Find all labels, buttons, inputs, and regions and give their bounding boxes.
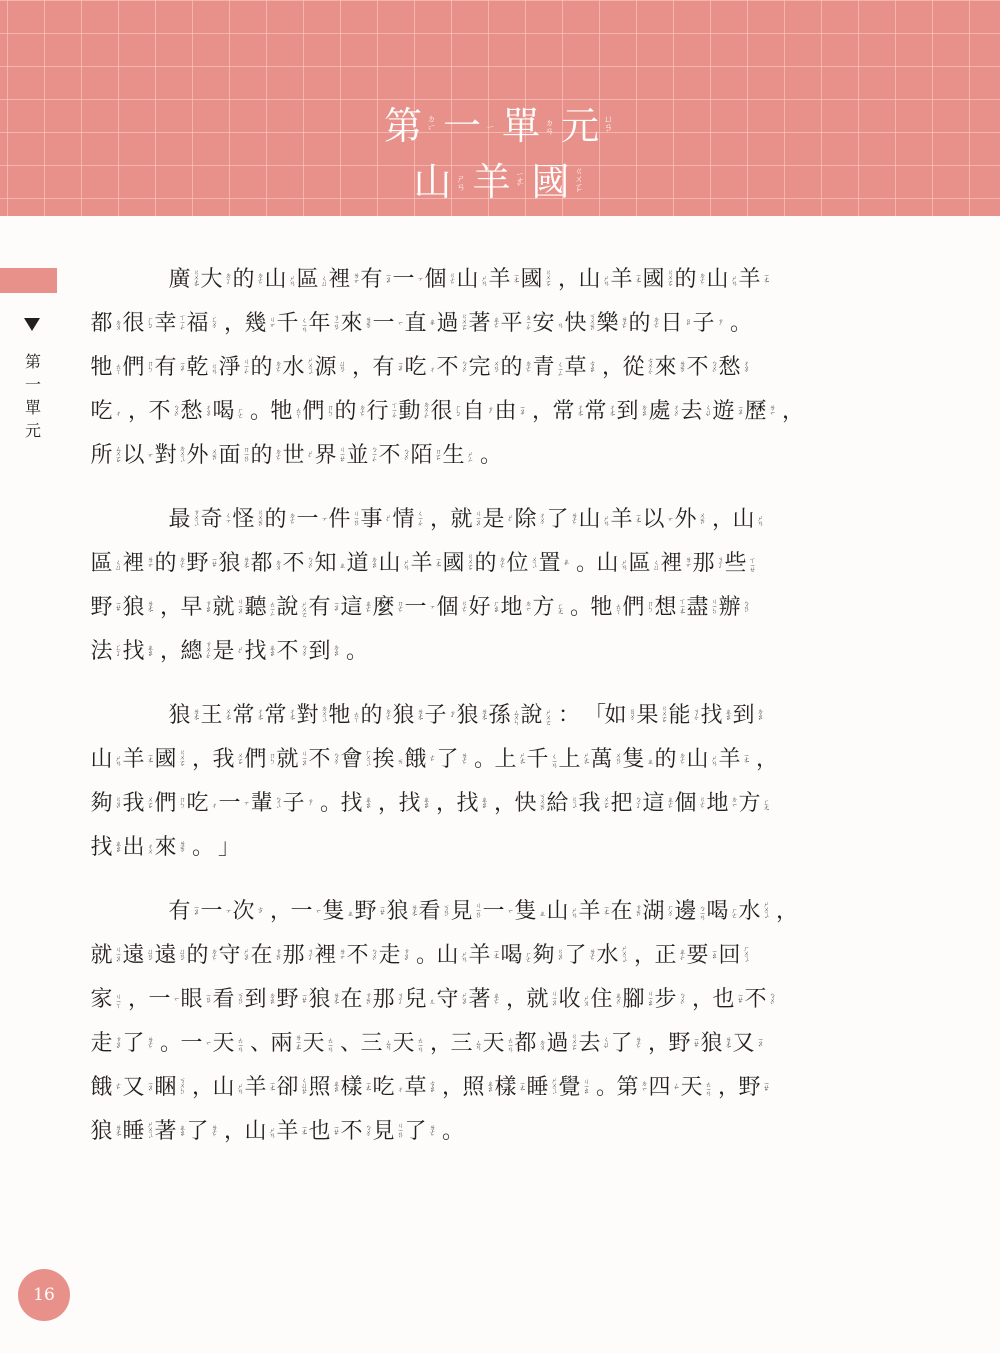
zhuyin-annotation: ㄖㄨˊ — [627, 708, 635, 725]
zhuyin-annotation: ㄓㄨˋ — [613, 992, 621, 1009]
character-with-zhuyin: 找ㄓㄠˇ — [398, 789, 430, 819]
zhuyin-annotation: ㄓㄠˇ — [479, 796, 487, 813]
character-with-zhuyin: 遠ㄩㄢˇ — [122, 941, 154, 971]
punctuation: 。 — [154, 1029, 180, 1059]
character-with-zhuyin: 區ㄑㄩ — [296, 265, 328, 295]
character-with-zhuyin: 又ㄧㄡˋ — [732, 1029, 764, 1059]
paragraph: 狼ㄌㄤˊ王ㄨㄤˊ常ㄔㄤˊ常ㄔㄤˊ對ㄉㄨㄟˋ牠ㄊㄚ的ㄉㄜ˙狼ㄌㄤˊ子ㄗˇ狼ㄌㄤˊ孫… — [90, 694, 890, 870]
zhuyin-annotation: ㄌㄜ˙ — [209, 1124, 217, 1141]
hanzi: 遠 — [154, 941, 177, 971]
hanzi: ， — [526, 397, 552, 427]
hanzi: 青 — [532, 353, 555, 383]
punctuation: ， — [430, 789, 456, 819]
hanzi: 水 — [738, 897, 761, 927]
zhuyin-annotation: ㄌㄤˊ — [479, 708, 487, 725]
zhuyin-annotation: ㄋㄧㄢˊ — [331, 314, 339, 334]
zhuyin-annotation: ㄧㄡˇ — [395, 360, 403, 375]
hanzi: 知 — [314, 549, 337, 579]
zhuyin-annotation: ㄓㄠˇ — [421, 796, 429, 813]
zhuyin-annotation: ㄅㄟˋ — [273, 796, 281, 813]
zhuyin-annotation: ㄊㄧㄥ — [267, 601, 275, 615]
zhuyin-annotation: ㄉㄜ˙ — [677, 752, 685, 769]
character-with-zhuyin: 的ㄉㄜ˙ — [264, 505, 296, 535]
zhuyin-annotation: ㄉㄡ — [273, 559, 281, 569]
zhuyin-annotation: ㄧㄤˋ — [363, 1080, 371, 1095]
zhuyin-annotation: ㄓㄥˋ — [677, 948, 685, 965]
hanzi: 國 — [154, 745, 177, 775]
zhuyin-annotation: ㄗ˙ — [715, 318, 723, 330]
character-with-zhuyin: 邊ㄅㄧㄢ — [674, 897, 706, 927]
zhuyin-annotation: ㄨㄛˇ — [235, 752, 243, 769]
hanzi: 羊 — [468, 941, 491, 971]
hanzi: 那 — [692, 549, 715, 579]
zhuyin-annotation: ㄇㄣ˙ — [267, 752, 275, 769]
hanzi: 孫 — [488, 701, 511, 731]
character-with-zhuyin: 的ㄉㄜ˙ — [500, 353, 532, 383]
zhuyin-annotation: ㄍㄨㄛˊ — [543, 269, 551, 291]
hanzi: 吃 — [90, 397, 113, 427]
zhuyin-annotation: ㄑㄧㄥˊ — [415, 510, 423, 530]
character-with-zhuyin: 對ㄉㄨㄟˋ — [296, 701, 328, 731]
hanzi: 面 — [218, 441, 241, 471]
zhuyin-annotation: ㄕㄡˇ — [459, 992, 467, 1009]
character-with-zhuyin: 盡ㄐㄧㄣˋ — [686, 593, 718, 623]
zhuyin-annotation: ㄧㄤˊ — [633, 272, 641, 287]
hanzi: 子 — [424, 701, 447, 731]
character-with-zhuyin: 一ㄧˊ — [200, 897, 232, 927]
character-with-zhuyin: 挨ㄞ — [372, 745, 404, 775]
hanzi: 會 — [340, 745, 363, 775]
character-with-zhuyin: 山ㄕㄢ — [244, 1117, 276, 1147]
text-line: 廣ㄍㄨㄤˇ大ㄉㄚˋ的ㄉㄜ˙山ㄕㄢ區ㄑㄩ裡ㄌㄧˇ有ㄧㄡˇ一ㄧˊ個ㄍㄜ˙山ㄕㄢ羊ㄧㄤ… — [90, 258, 890, 302]
character-with-zhuyin: 界ㄐㄧㄝˋ — [314, 441, 346, 471]
zhuyin-annotation: ㄩㄢˊ — [337, 360, 345, 377]
paragraph: 最ㄗㄨㄟˋ奇ㄑㄧˊ怪ㄍㄨㄞˋ的ㄉㄜ˙一ㄧˊ件ㄐㄧㄢˋ事ㄕˋ情ㄑㄧㄥˊ，就ㄐㄧㄡˋ… — [90, 498, 890, 674]
hanzi: 淨 — [218, 353, 241, 383]
character-with-zhuyin: 面ㄇㄧㄢˋ — [218, 441, 250, 471]
character-with-zhuyin: 去ㄑㄩˋ — [578, 1029, 610, 1059]
character-with-zhuyin: 由ㄧㄡˊ — [494, 397, 526, 427]
zhuyin-annotation: ㄧˊ — [319, 515, 327, 525]
punctuation: ， — [686, 985, 712, 1015]
hanzi: 喝 — [706, 897, 729, 927]
hanzi: 找 — [700, 701, 723, 731]
character-with-zhuyin: 年ㄋㄧㄢˊ — [308, 309, 340, 339]
hanzi: 元 — [561, 104, 599, 148]
hanzi: 山 — [436, 941, 459, 971]
character-with-zhuyin: 常ㄔㄤˊ — [264, 701, 296, 731]
zhuyin-annotation: ㄧˊ — [415, 275, 423, 285]
character-with-zhuyin: 了ㄌㄜ˙ — [186, 1117, 218, 1147]
hanzi: 到 — [616, 397, 639, 427]
hanzi: 。 — [340, 637, 366, 667]
character-with-zhuyin: 著ㄓㄠˊ — [154, 1117, 186, 1147]
zhuyin-annotation: ㄌㄞˊ — [677, 360, 685, 377]
character-with-zhuyin: 日ㄖˋ — [660, 309, 692, 339]
zhuyin-annotation: ㄅㄨˊ — [331, 752, 339, 769]
zhuyin-annotation: ㄉㄠˋ — [267, 992, 275, 1009]
punctuation: ， — [186, 1073, 212, 1103]
punctuation: ， — [770, 897, 796, 927]
paragraph: 有ㄧㄡˇ一ㄧˊ次ㄘˋ，一ㄧˋ隻ㄓ野ㄧㄝˇ狼ㄌㄤˊ看ㄎㄢˋ見ㄐㄧㄢˋ一ㄧˋ隻ㄓ山ㄕ… — [90, 890, 890, 1154]
character-with-zhuyin: 到ㄉㄠˋ — [244, 985, 276, 1015]
character-with-zhuyin: 除ㄔㄨˊ — [514, 505, 546, 535]
hanzi: 挨 — [372, 745, 395, 775]
character-with-zhuyin: 就ㄐㄧㄡˋ — [90, 941, 122, 971]
zhuyin-annotation: ㄍㄜ˙ — [459, 600, 467, 617]
character-with-zhuyin: 山ㄕㄢ — [578, 505, 610, 535]
zhuyin-annotation: ㄐㄧㄚ — [113, 993, 121, 1007]
hanzi: 狼 — [700, 1029, 723, 1059]
punctuation: ， — [488, 789, 514, 819]
hanzi: 總 — [180, 637, 203, 667]
hanzi: 就 — [212, 593, 235, 623]
hanzi: 狼 — [386, 897, 409, 927]
hanzi: 。 — [154, 1029, 180, 1059]
zhuyin-annotation: ㄌㄧˇ — [683, 556, 691, 571]
hanzi: 的 — [360, 701, 383, 731]
character-with-zhuyin: 看ㄎㄢˋ — [418, 897, 450, 927]
text-line: 走ㄗㄡˇ了ㄌㄜ˙。一ㄧˋ天ㄊㄧㄢ、兩ㄌㄧㄤˇ天ㄊㄧㄢ、三ㄙㄢ天ㄊㄧㄢ，三ㄙㄢ天ㄊ… — [90, 1022, 890, 1066]
text-line: 狼ㄌㄤˊ睡ㄕㄨㄟˋ著ㄓㄠˊ了ㄌㄜ˙，山ㄕㄢ羊ㄧㄤˊ也ㄧㄝˇ不ㄅㄨˊ見ㄐㄧㄢˋ了ㄌ… — [90, 1110, 890, 1154]
character-with-zhuyin: 以ㄧˇ — [122, 441, 154, 471]
punctuation: ， — [122, 397, 148, 427]
hanzi: 有 — [308, 593, 331, 623]
hanzi: 過 — [546, 1029, 569, 1059]
zhuyin-annotation: ㄓㄜ˙ — [491, 992, 499, 1009]
character-with-zhuyin: 單ㄉㄢ — [502, 104, 557, 148]
text-line: 牠ㄊㄚ們ㄇㄣ˙有ㄧㄡˇ乾ㄍㄢ淨ㄐㄧㄥˋ的ㄉㄜ˙水ㄕㄨㄟˇ源ㄩㄢˊ，有ㄧㄡˇ吃ㄔ不… — [90, 346, 890, 390]
hanzi: 了 — [546, 505, 569, 535]
hanzi: 樂 — [596, 309, 619, 339]
zhuyin-annotation: ㄧㄡˇ — [331, 600, 339, 615]
zhuyin-annotation: ㄌㄤˊ — [409, 904, 417, 921]
hanzi: 的 — [654, 745, 677, 775]
zhuyin-annotation: ㄆㄧㄥˊ — [523, 314, 531, 334]
zhuyin-annotation: ㄍㄨㄤˇ — [191, 269, 199, 291]
hanzi: 早 — [180, 593, 203, 623]
zhuyin-annotation: ㄊㄚ — [613, 603, 621, 613]
zhuyin-annotation: ㄉㄜ˙ — [357, 404, 365, 421]
zhuyin-annotation: ㄍㄟˇ — [569, 796, 577, 813]
character-with-zhuyin: 有ㄧㄡˇ — [154, 353, 186, 383]
character-with-zhuyin: 吃ㄔ — [404, 353, 436, 383]
zhuyin-annotation: ㄕㄢ — [601, 275, 609, 285]
zhuyin-annotation: ㄓ — [345, 910, 353, 915]
hanzi: 們 — [154, 789, 177, 819]
hanzi: ， — [686, 985, 712, 1015]
hanzi: 說 — [276, 593, 299, 623]
zhuyin-annotation: ㄑㄧㄢ — [299, 317, 307, 331]
side-tab-marker — [0, 268, 57, 293]
zhuyin-annotation: ㄇㄣ˙ — [177, 796, 185, 813]
zhuyin-annotation: ㄑㄩˋ — [601, 1036, 609, 1053]
hanzi: 們 — [302, 397, 325, 427]
character-with-zhuyin: 餓ㄜˋ — [90, 1073, 122, 1103]
hanzi: 這 — [340, 593, 363, 623]
character-with-zhuyin: 福ㄈㄨˊ — [186, 309, 218, 339]
zhuyin-annotation: ㄙㄢ — [473, 1039, 481, 1049]
character-with-zhuyin: 山ㄕㄢ — [413, 160, 468, 204]
zhuyin-annotation: ㄘˋ — [255, 906, 263, 918]
hanzi: 常 — [264, 701, 287, 731]
hanzi: 件 — [328, 505, 351, 535]
side-label-char: 單 — [24, 396, 42, 419]
character-with-zhuyin: 個ㄍㄜ˙ — [424, 265, 456, 295]
zhuyin-annotation: ㄘㄠˇ — [587, 360, 595, 377]
character-with-zhuyin: 野ㄧㄝˇ — [90, 593, 122, 623]
hanzi: 著 — [154, 1117, 177, 1147]
character-with-zhuyin: 大ㄉㄚˋ — [200, 265, 232, 295]
character-with-zhuyin: 不ㄅㄨˋ — [686, 353, 718, 383]
character-with-zhuyin: 王ㄨㄤˊ — [200, 701, 232, 731]
character-with-zhuyin: 吃ㄔ — [372, 1073, 404, 1103]
hanzi: 湖 — [642, 897, 665, 927]
side-label-char: 一 — [24, 373, 42, 396]
zhuyin-annotation: ㄔ — [113, 410, 121, 415]
character-with-zhuyin: 方ㄈㄤ — [738, 789, 770, 819]
hanzi: 著 — [468, 309, 491, 339]
hanzi: 找 — [340, 789, 363, 819]
character-with-zhuyin: 早ㄗㄠˇ — [180, 593, 212, 623]
zhuyin-annotation: ㄅㄨˋ — [369, 948, 377, 965]
character-with-zhuyin: 三ㄙㄢ — [360, 1029, 392, 1059]
hanzi: 輩 — [250, 789, 273, 819]
hanzi: 了 — [404, 1117, 427, 1147]
character-with-zhuyin: 也ㄧㄝˇ — [308, 1117, 340, 1147]
punctuation: 。 — [314, 789, 340, 819]
zhuyin-annotation: ㄉㄨㄟˋ — [319, 705, 327, 727]
zhuyin-annotation: ㄗ˙ — [305, 798, 313, 810]
character-with-zhuyin: 的ㄉㄜ˙ — [250, 353, 282, 383]
zhuyin-annotation: ㄅㄨˋ — [401, 448, 409, 465]
hanzi: 陌 — [410, 441, 433, 471]
text-line: 吃ㄔ，不ㄅㄨˋ愁ㄔㄡˊ喝ㄏㄜ。牠ㄊㄚ們ㄇㄣ˙的ㄉㄜ˙行ㄒㄧㄥˊ動ㄉㄨㄥˋ很ㄏㄣˇ… — [90, 390, 890, 434]
hanzi: 完 — [468, 353, 491, 383]
hanzi: ， — [218, 1117, 244, 1147]
character-with-zhuyin: 過ㄍㄨㄛˋ — [436, 309, 468, 339]
character-with-zhuyin: 自ㄗˋ — [462, 397, 494, 427]
character-with-zhuyin: 步ㄅㄨˋ — [654, 985, 686, 1015]
hanzi: ， — [122, 397, 148, 427]
zhuyin-annotation: ㄋㄥˊ — [691, 708, 699, 725]
zhuyin-annotation: ㄒㄧㄝ — [747, 557, 755, 571]
character-with-zhuyin: 守ㄕㄡˇ — [436, 985, 468, 1015]
zhuyin-annotation: ㄗㄨㄥˇ — [203, 641, 211, 663]
character-with-zhuyin: 走ㄗㄡˇ — [378, 941, 410, 971]
punctuation: ， — [500, 985, 526, 1015]
zhuyin-annotation: ㄨㄤˊ — [223, 708, 231, 725]
zhuyin-annotation: ㄔ — [395, 1086, 403, 1091]
zhuyin-annotation: ㄔㄤˊ — [255, 708, 263, 725]
hanzi: 方 — [738, 789, 761, 819]
zhuyin-annotation: ㄗㄨㄟˋ — [191, 509, 199, 531]
hanzi: 就 — [526, 985, 549, 1015]
hanzi: 也 — [712, 985, 735, 1015]
zhuyin-annotation: ㄏㄜ — [235, 407, 243, 417]
character-with-zhuyin: 們ㄇㄣ˙ — [244, 745, 276, 775]
character-with-zhuyin: 山ㄕㄢ — [706, 265, 738, 295]
hanzi: 看 — [418, 897, 441, 927]
hanzi: 這 — [642, 789, 665, 819]
character-with-zhuyin: 山ㄕㄢ — [90, 745, 122, 775]
character-with-zhuyin: 幸ㄒㄧㄥˋ — [154, 309, 186, 339]
zhuyin-annotation: ㄧㄤˊ — [267, 1080, 275, 1095]
zhuyin-annotation: ㄏㄨˊ — [665, 904, 673, 921]
character-with-zhuyin: 都ㄉㄡ — [90, 309, 122, 339]
hanzi: 廣 — [168, 265, 191, 295]
character-with-zhuyin: 隻ㄓ — [622, 745, 654, 775]
hanzi: 很 — [122, 309, 145, 339]
character-with-zhuyin: 果ㄍㄨㄛˇ — [636, 701, 668, 731]
character-with-zhuyin: 這ㄓㄜˋ — [340, 593, 372, 623]
hanzi: 」 — [212, 833, 238, 863]
hanzi: 一 — [372, 309, 395, 339]
hanzi: 的 — [474, 549, 497, 579]
zhuyin-annotation: ㄧˋ — [313, 907, 321, 917]
hanzi: 出 — [122, 833, 145, 863]
hanzi: 常 — [232, 701, 255, 731]
character-with-zhuyin: 喝ㄏㄜ — [500, 941, 532, 971]
hanzi: 羊 — [472, 160, 510, 204]
hanzi: 不 — [148, 397, 171, 427]
character-with-zhuyin: 了ㄌㄜ˙ — [546, 505, 578, 535]
character-with-zhuyin: 一ㄧˋ — [180, 1029, 212, 1059]
character-with-zhuyin: 山ㄕㄢ — [732, 505, 764, 535]
zhuyin-annotation: ㄧㄝˇ — [331, 1124, 339, 1139]
character-with-zhuyin: 到ㄉㄠˋ — [308, 637, 340, 667]
hanzi: 「 — [578, 701, 604, 731]
hanzi: 野 — [90, 593, 113, 623]
character-with-zhuyin: 羊ㄧㄤˊ — [578, 897, 610, 927]
hanzi: 羊 — [718, 745, 741, 775]
hanzi: 奇 — [200, 505, 223, 535]
zhuyin-annotation: ㄕㄢ — [401, 559, 409, 569]
zhuyin-annotation: ㄕㄢ — [267, 1127, 275, 1137]
character-with-zhuyin: 安ㄢ — [532, 309, 564, 339]
hanzi: 了 — [564, 941, 587, 971]
punctuation: ， — [712, 1073, 738, 1103]
character-with-zhuyin: 外ㄨㄞˋ — [674, 505, 706, 535]
zhuyin-annotation: ㄍㄨㄛˊ — [465, 553, 473, 575]
zhuyin-annotation: ㄧˋ — [395, 319, 403, 329]
zhuyin-annotation: ㄖˋ — [683, 318, 691, 330]
hanzi: 遠 — [122, 941, 145, 971]
hanzi: 牠 — [270, 397, 293, 427]
character-with-zhuyin: 一ㄧ — [443, 104, 498, 148]
hanzi: 狼 — [392, 701, 415, 731]
zhuyin-annotation: ㄇㄧㄢˋ — [241, 446, 249, 466]
character-with-zhuyin: 我ㄨㄛˇ — [212, 745, 244, 775]
zhuyin-annotation: ㄅㄚˇ — [633, 796, 641, 813]
character-with-zhuyin: 狼ㄌㄤˊ — [122, 593, 154, 623]
character-with-zhuyin: 水ㄕㄨㄟˇ — [596, 941, 628, 971]
hanzi: 國 — [442, 549, 465, 579]
character-with-zhuyin: 睡ㄕㄨㄟˋ — [122, 1117, 154, 1147]
zhuyin-annotation: ㄕㄢ — [235, 1083, 243, 1093]
character-with-zhuyin: 幾ㄐㄧˇ — [244, 309, 276, 339]
character-with-zhuyin: 找ㄓㄠˇ — [244, 637, 276, 667]
zhuyin-annotation: ㄜˋ — [427, 754, 435, 766]
punctuation: 。 — [186, 833, 212, 863]
zhuyin-annotation: ㄔ — [209, 802, 217, 807]
zhuyin-annotation: ㄍㄨㄛˊ — [571, 166, 583, 199]
hanzi: 區 — [90, 549, 113, 579]
character-with-zhuyin: 萬ㄨㄢˋ — [590, 745, 622, 775]
character-with-zhuyin: 怪ㄍㄨㄞˋ — [232, 505, 264, 535]
hanzi: 見 — [450, 897, 473, 927]
zhuyin-annotation: ㄅㄨˋ — [171, 404, 179, 421]
character-with-zhuyin: 個ㄍㄜ˙ — [436, 593, 468, 623]
hanzi: 找 — [244, 637, 267, 667]
character-with-zhuyin: 狼ㄌㄤˊ — [90, 1117, 122, 1147]
hanzi: 來 — [154, 833, 177, 863]
character-with-zhuyin: 住ㄓㄨˋ — [590, 985, 622, 1015]
zhuyin-annotation: ㄑㄩ — [651, 559, 659, 569]
character-with-zhuyin: 走ㄗㄡˇ — [90, 1029, 122, 1059]
zhuyin-annotation: ㄈㄨˊ — [209, 316, 217, 333]
zhuyin-annotation: ㄌㄧˋ — [767, 404, 775, 419]
hanzi: 邊 — [674, 897, 697, 927]
character-with-zhuyin: 完ㄨㄢˊ — [468, 353, 500, 383]
character-with-zhuyin: 山ㄕㄢ — [546, 897, 578, 927]
character-with-zhuyin: 子ㄗ˙ — [692, 309, 724, 339]
hanzi: ， — [706, 505, 732, 535]
zhuyin-annotation: ㄉㄜ˙ — [273, 448, 281, 465]
hanzi: 一 — [296, 505, 319, 535]
character-with-zhuyin: 牠ㄊㄚ — [328, 701, 360, 731]
character-with-zhuyin: 山ㄕㄢ — [212, 1073, 244, 1103]
zhuyin-annotation: ㄕㄢ — [755, 515, 763, 525]
zhuyin-annotation: ㄕㄨㄛ — [543, 709, 551, 724]
hanzi: ， — [346, 353, 372, 383]
hanzi: 外 — [674, 505, 697, 535]
zhuyin-annotation: ㄊㄚ — [351, 711, 359, 721]
zhuyin-annotation: ㄇㄣ˙ — [645, 600, 653, 617]
hanzi: 個 — [436, 593, 459, 623]
zhuyin-annotation: ㄧˇ — [145, 451, 153, 461]
hanzi: 不 — [744, 985, 767, 1015]
character-with-zhuyin: 子ㄗˇ — [424, 701, 456, 731]
hanzi: 回 — [718, 941, 741, 971]
hanzi: 。 — [474, 441, 500, 471]
hanzi: 常 — [584, 397, 607, 427]
character-with-zhuyin: 情ㄑㄧㄥˊ — [392, 505, 424, 535]
punctuation: 、 — [334, 1029, 360, 1059]
zhuyin-annotation: ㄐㄧㄥˋ — [241, 358, 249, 378]
zhuyin-annotation: ㄕˋ — [383, 514, 391, 526]
character-with-zhuyin: 生ㄕㄥ — [442, 441, 474, 471]
hanzi: 一 — [180, 1029, 203, 1059]
character-with-zhuyin: 千ㄑㄧㄢ — [276, 309, 308, 339]
character-with-zhuyin: 我ㄨㄛˇ — [578, 789, 610, 819]
character-with-zhuyin: 收ㄕㄡ — [558, 985, 590, 1015]
zhuyin-annotation: ㄉㄠˋ — [331, 644, 339, 661]
character-with-zhuyin: 有ㄧㄡˇ — [372, 353, 404, 383]
hanzi: 福 — [186, 309, 209, 339]
zhuyin-annotation: ㄨㄞˋ — [697, 512, 705, 529]
character-with-zhuyin: 就ㄐㄧㄡˋ — [212, 593, 244, 623]
character-with-zhuyin: 不ㄅㄨˋ — [148, 397, 180, 427]
character-with-zhuyin: 道ㄉㄠˋ — [346, 549, 378, 579]
hanzi: 一 — [290, 897, 313, 927]
zhuyin-annotation: ㄧㄡˋ — [755, 1036, 763, 1051]
hanzi: 以 — [122, 441, 145, 471]
zhuyin-annotation: ㄉㄧˋ — [729, 796, 737, 811]
character-with-zhuyin: 的ㄉㄜ˙ — [232, 265, 264, 295]
hanzi: 野 — [186, 549, 209, 579]
hanzi: 狼 — [90, 1117, 113, 1147]
